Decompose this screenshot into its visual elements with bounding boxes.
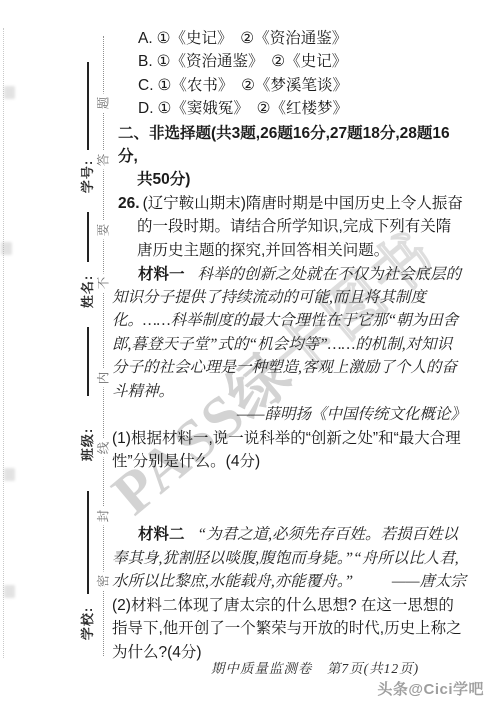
question-26-number: 26. (118, 195, 140, 212)
exam-paper-page: 题 答 要 不 内 线 封 密 学号: 姓名: 班级: 学校: PASS绿卡图书… (0, 0, 500, 706)
option-letter: C. (138, 77, 154, 94)
section-2-header: 二、非选择题(共3题,26题16分,27题18分,28题16分, (118, 122, 466, 169)
seal-dotted-line (103, 36, 104, 656)
option-text: ①《窦娥冤》 ②《红楼梦》 (158, 100, 349, 117)
section-2-header-wrap: 共50分) (137, 168, 466, 191)
student-id-blank-line (87, 62, 89, 150)
material-1-source: ——薛明扬《中国传统文化概论》 (112, 403, 466, 426)
name-field: 姓名: (68, 265, 106, 317)
credit-watermark: 头条@Cici学吧 (377, 678, 484, 699)
option-letter: D. (138, 100, 154, 117)
option-letter: A. (138, 30, 153, 47)
student-id-field: 学号: (68, 151, 106, 201)
option-text: ①《资治通鉴》 ②《史记》 (157, 53, 348, 70)
question-26-intro: 26.(辽宁鞍山期末)隋唐时期是中国历史上令人振奋的一段时期。请结合所学知识,完… (118, 192, 466, 262)
school-blank-line (87, 491, 89, 594)
material-1-text: 科举的创新之处就在不仅为社会底层的知识分子提供了持续流动的可能,而且将其制度化。… (112, 266, 461, 400)
option-text: ①《农书》 ②《梦溪笔谈》 (158, 77, 349, 94)
page-footer: 期中质量监测卷 第7页(共12页) (130, 657, 500, 677)
ink-bleed-mark (4, 86, 15, 99)
option-text: ①《史记》 ②《资治通鉴》 (157, 30, 348, 47)
ink-bleed-mark (4, 585, 15, 598)
sub-question-2: (2)材料二体现了唐太宗的什么思想? 在这一思想的指导下,他开创了一个繁荣与开放… (112, 594, 466, 664)
class-blank-line (87, 327, 89, 396)
choice-option-a: A.①《史记》 ②《资治通鉴》 (138, 27, 466, 50)
class-field: 班级: (68, 417, 106, 471)
material-1-label: 材料一 (138, 266, 185, 283)
choice-option-b: B.①《资治通鉴》 ②《史记》 (138, 50, 466, 73)
choice-option-c: C.①《农书》 ②《梦溪笔谈》 (138, 74, 466, 97)
name-label: 姓名: (78, 274, 97, 307)
exam-content-column: A.①《史记》 ②《资治通鉴》 B.①《资治通鉴》 ②《史记》 C.①《农书》 … (112, 27, 466, 664)
ink-bleed-mark (1, 242, 12, 255)
page-edge-line (3, 28, 4, 658)
question-26-source-tag: (辽宁鞍山期末) (143, 195, 246, 212)
class-label: 班级: (78, 427, 97, 460)
sub-question-1: (1)根据材料一,说一说科举的“创新之处”和“最大合理性”分别是什么。(4分) (112, 427, 466, 474)
material-2-paragraph: 材料二“为君之道,必须先存百姓。若损百姓以奉其身,犹割胫以啖腹,腹饱而身毙。”“… (112, 523, 466, 593)
choice-option-d: D.①《窦娥冤》 ②《红楼梦》 (138, 97, 466, 120)
student-id-label: 学号: (78, 159, 97, 192)
answer-space-1 (112, 474, 466, 523)
school-field: 学校: (68, 597, 106, 649)
name-blank-line (87, 212, 89, 262)
option-letter: B. (138, 53, 153, 70)
material-2-source: ——唐太宗 (366, 570, 466, 593)
ink-bleed-mark (4, 468, 15, 481)
material-1-paragraph: 材料一科举的创新之处就在不仅为社会底层的知识分子提供了持续流动的可能,而且将其制… (112, 263, 466, 403)
material-2-label: 材料二 (138, 526, 185, 543)
school-label: 学校: (78, 606, 97, 639)
